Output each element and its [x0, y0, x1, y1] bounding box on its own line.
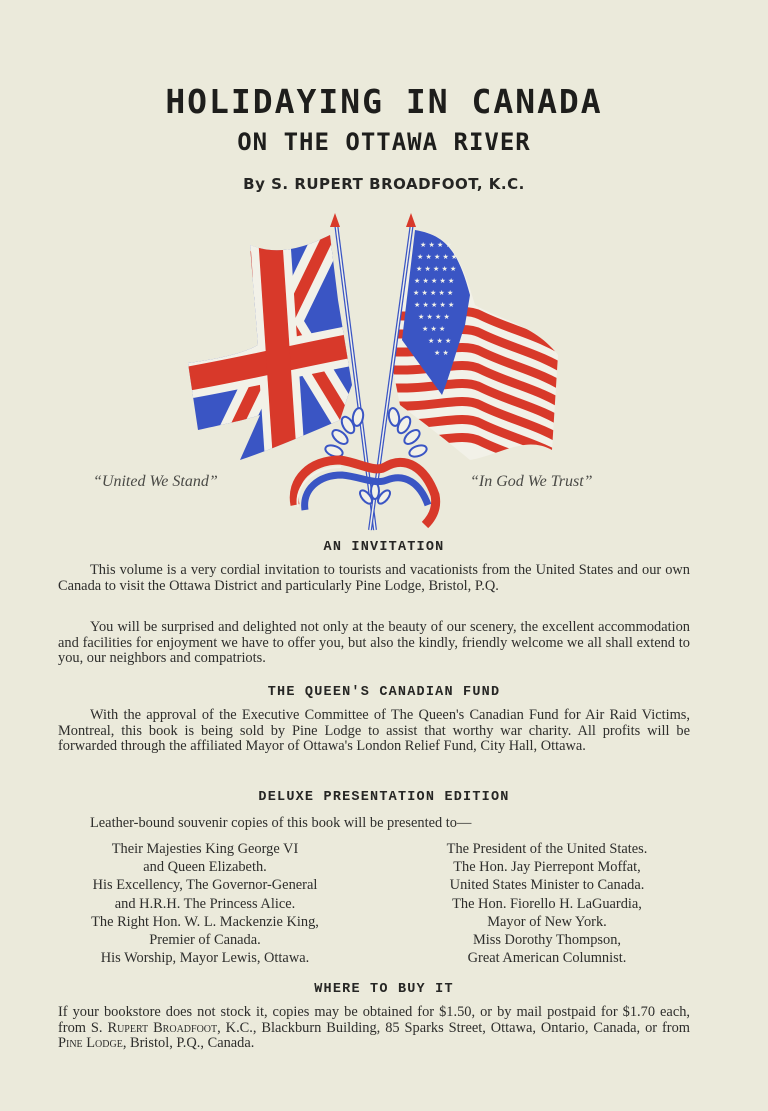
recipient-line: and Queen Elizabeth. [50, 858, 360, 876]
fund-paragraph: With the approval of the Executive Commi… [58, 708, 690, 755]
svg-text:★ ★ ★: ★ ★ ★ [428, 337, 451, 345]
recipient-line: Premier of Canada. [50, 931, 360, 949]
section-heading-invitation: AN INVITATION [0, 540, 768, 555]
deluxe-intro: Leather-bound souvenir copies of this bo… [58, 816, 690, 832]
motto-united-we-stand: “United We Stand” [93, 473, 218, 491]
svg-text:★ ★: ★ ★ [434, 349, 449, 357]
recipient-line: The Hon. Jay Pierrepont Moffat, [392, 858, 702, 876]
author-name-small-caps: Rupert Broadfoot [107, 1020, 217, 1036]
svg-text:★ ★ ★ ★: ★ ★ ★ ★ [418, 313, 450, 321]
section-heading-where-to-buy: WHERE TO BUY IT [0, 982, 768, 997]
pine-lodge-small-caps: Pine Lodge [58, 1035, 123, 1051]
buy-text-part-3: , Bristol, P.Q., Canada. [123, 1035, 255, 1051]
recipients-left-column: Their Majesties King George VI and Queen… [50, 840, 360, 967]
buy-text-part-2: , K.C., Blackburn Building, 85 Sparks St… [217, 1020, 690, 1036]
svg-text:★ ★ ★ ★ ★: ★ ★ ★ ★ ★ [414, 277, 454, 285]
recipient-line: Mayor of New York. [392, 913, 702, 931]
svg-text:★ ★ ★ ★ ★: ★ ★ ★ ★ ★ [416, 265, 456, 273]
section-heading-queens-fund: THE QUEEN'S CANADIAN FUND [0, 685, 768, 700]
recipient-line: Great American Columnist. [392, 949, 702, 967]
recipient-line: The President of the United States. [392, 840, 702, 858]
recipient-line: His Worship, Mayor Lewis, Ottawa. [50, 949, 360, 967]
svg-text:★ ★ ★ ★ ★: ★ ★ ★ ★ ★ [413, 289, 453, 297]
page-subtitle: ON THE OTTAWA RIVER [0, 128, 768, 156]
motto-in-god-we-trust: “In God We Trust” [470, 473, 593, 491]
recipient-line: United States Minister to Canada. [392, 876, 702, 894]
recipient-line: Their Majesties King George VI [50, 840, 360, 858]
svg-text:★ ★ ★ ★ ★: ★ ★ ★ ★ ★ [417, 253, 457, 261]
recipients-right-column: The President of the United States. The … [392, 840, 702, 967]
invitation-paragraph-2: You will be surprised and delighted not … [58, 620, 690, 667]
recipient-line: and H.R.H. The Princess Alice. [50, 895, 360, 913]
svg-text:★ ★ ★: ★ ★ ★ [422, 325, 445, 333]
recipient-line: Miss Dorothy Thompson, [392, 931, 702, 949]
union-jack-flag-icon [180, 233, 355, 460]
author-byline: By S. RUPERT BROADFOOT, K.C. [0, 175, 768, 193]
recipient-line: His Excellency, The Governor-General [50, 876, 360, 894]
invitation-paragraph-1: This volume is a very cordial invitation… [58, 563, 690, 594]
recipient-line: The Hon. Fiorello H. LaGuardia, [392, 895, 702, 913]
section-heading-deluxe-edition: DELUXE PRESENTATION EDITION [0, 790, 768, 805]
where-to-buy-paragraph: If your bookstore does not stock it, cop… [58, 1005, 690, 1052]
recipient-line: The Right Hon. W. L. Mackenzie King, [50, 913, 360, 931]
svg-text:★ ★ ★ ★: ★ ★ ★ ★ [420, 241, 452, 249]
page-title: HOLIDAYING IN CANADA [0, 82, 768, 121]
svg-text:★ ★ ★ ★ ★: ★ ★ ★ ★ ★ [414, 301, 454, 309]
document-page: HOLIDAYING IN CANADA ON THE OTTAWA RIVER… [0, 0, 768, 1111]
